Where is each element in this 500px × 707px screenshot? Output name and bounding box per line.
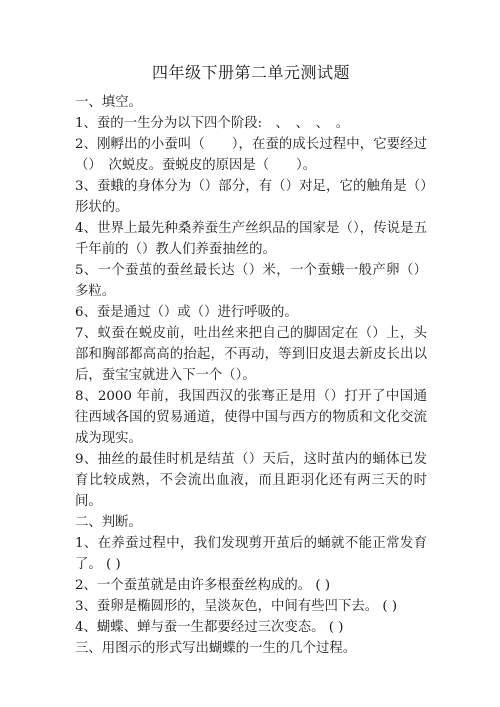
document-page: 四年级下册第二单元测试题 一、填空。 1、蚕的一生分为以下四个阶段: 、 、 、… — [75, 62, 427, 659]
document-title: 四年级下册第二单元测试题 — [75, 62, 427, 84]
question-item: 1、蚕的一生分为以下四个阶段: 、 、 、 。 — [75, 113, 427, 134]
question-item: 2、一个蚕茧就是由许多根蚕丝构成的。 ( ) — [75, 575, 427, 596]
question-item: 2、刚孵出的小蚕叫（ ），在蚕的成长过程中，它要经过（） 次蜕皮。蚕蜕皮的原因是… — [75, 134, 427, 176]
question-item: 4、蝴蝶、蝉与蚕一生都要经过三次变态。 ( ) — [75, 617, 427, 638]
section-heading: 二、判断。 — [75, 512, 427, 533]
question-item: 9、抽丝的最佳时机是结茧（）天后，这时茧内的蛹体已发育比较成熟，不会流出血液，而… — [75, 449, 427, 512]
question-item: 3、蚕卵是椭圆形的，呈淡灰色，中间有些凹下去。 ( ) — [75, 596, 427, 617]
section-heading: 一、填空。 — [75, 92, 427, 113]
question-item: 6、蚕是通过（）或（）进行呼吸的。 — [75, 302, 427, 323]
section-heading: 三、用图示的形式写出蝴蝶的一生的几个过程。 — [75, 638, 427, 659]
section-diagram: 三、用图示的形式写出蝴蝶的一生的几个过程。 — [75, 638, 427, 659]
question-item: 4、世界上最先种桑养蚕生产丝织品的国家是（），传说是五千年前的（）教人们养蚕抽丝… — [75, 218, 427, 260]
question-item: 1、在养蚕过程中，我们发现剪开茧后的蛹就不能正常发育了。 ( ) — [75, 533, 427, 575]
section-fill-in-blank: 一、填空。 1、蚕的一生分为以下四个阶段: 、 、 、 。 2、刚孵出的小蚕叫（… — [75, 92, 427, 512]
question-item: 7、蚁蚕在蜕皮前，吐出丝来把自己的脚固定在（）上，头部和胸部都高高的抬起，不再动… — [75, 323, 427, 386]
question-item: 5、一个蚕茧的蚕丝最长达（）米，一个蚕蛾一般产卵（）多粒。 — [75, 260, 427, 302]
question-item: 3、蚕蛾的身体分为（）部分，有（）对足，它的触角是（）形状的。 — [75, 176, 427, 218]
section-true-false: 二、判断。 1、在养蚕过程中，我们发现剪开茧后的蛹就不能正常发育了。 ( ) 2… — [75, 512, 427, 638]
question-item: 8、2000 年前，我国西汉的张骞正是用（）打开了中国通往西域各国的贸易通道，使… — [75, 386, 427, 449]
